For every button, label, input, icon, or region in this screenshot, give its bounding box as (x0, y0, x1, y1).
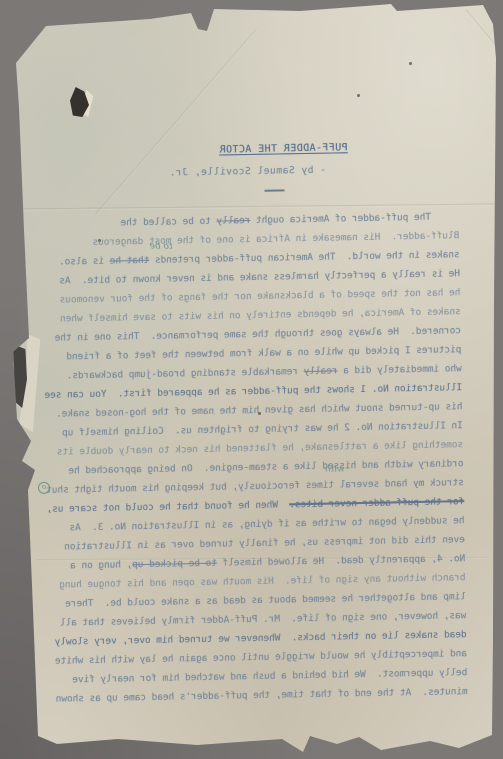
mirrored-text-layer: PUFF-ADDER THE ACTOR - by Samuel Scovill… (0, 0, 503, 759)
struck-text: for the puff-adder never bites. (289, 496, 464, 510)
struck-text: to be picked up (132, 558, 217, 571)
typed-text: who immediately did a (338, 363, 462, 376)
scan-background: PUFF-ADDER THE ACTOR - by Samuel Scovill… (0, 0, 503, 759)
typed-text: to be called the (121, 216, 217, 229)
typed-text: is also. (59, 256, 110, 268)
document-title: PUFF-ADDER THE ACTOR (219, 142, 348, 155)
handwritten-annotation: to be (149, 241, 172, 251)
typed-text: The puff-adder of America ought (250, 212, 431, 226)
handwritten-annotation: with (325, 464, 345, 474)
annotation-layer: to bewitho (0, 0, 496, 5)
typed-body: The puff-adder of America ought really t… (29, 211, 468, 713)
document-byline: - by Samuel Scoville, Jr. (169, 165, 326, 179)
separator-dash (265, 189, 285, 191)
struck-text: that he (110, 255, 150, 267)
struck-text: really (304, 365, 338, 377)
struck-text: really (216, 215, 250, 227)
typed-text: , hung on a (70, 559, 132, 571)
